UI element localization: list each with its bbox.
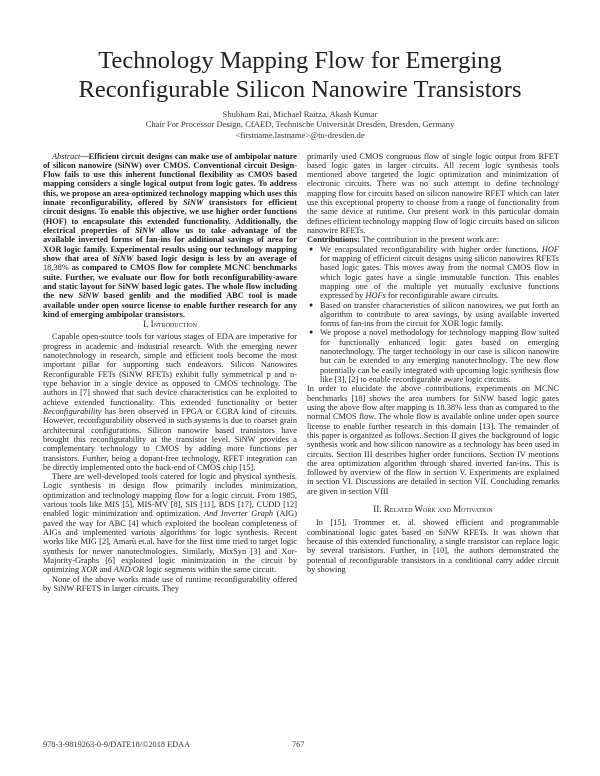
bullet-icon: ● — [309, 301, 313, 310]
right-column: primarily used CMOS congruous flow of si… — [307, 152, 559, 575]
page-number: 767 — [292, 740, 304, 749]
intro-paragraph-2: There are well-developed tools catered f… — [43, 472, 297, 574]
section-heading-related-work: II. Related Work and Motivation — [307, 505, 559, 514]
list-item: ●We encapsulated reconfigurability with … — [320, 245, 559, 301]
left-column: Abstract—Efficient circuit designs can m… — [43, 152, 297, 594]
author-block: Shubham Rai, Michael Raitza, Akash Kumar… — [0, 109, 600, 140]
intro-paragraph-continued: primarily used CMOS congruous flow of si… — [307, 152, 559, 236]
contributions-label: Contributions: — [307, 235, 360, 244]
intro-paragraph-3: None of the above works made use of runt… — [43, 575, 297, 594]
contributions-list: ●We encapsulated reconfigurability with … — [307, 245, 559, 385]
footer-isbn: 978-3-9819263-0-9/DATE18/©2018 EDAA — [43, 740, 190, 749]
organization-paragraph: In order to elucidate the above contribu… — [307, 384, 559, 496]
author-names: Shubham Rai, Michael Raitza, Akash Kumar — [0, 109, 600, 119]
list-item: ●Based on transfer characteristics of si… — [320, 301, 559, 329]
list-item: ●We propose a novel methodology for tech… — [320, 328, 559, 384]
abstract-label: Abstract — [52, 152, 80, 161]
related-work-paragraph-1: In [15], Trommer et. al. showed efficien… — [307, 518, 559, 574]
title-line-2: Reconfigurable Silicon Nanowire Transist… — [0, 75, 600, 104]
bullet-icon: ● — [309, 245, 313, 254]
percent-value: 18.38% — [43, 263, 69, 272]
section-heading-introduction: I. Introduction — [43, 320, 297, 329]
bullet-icon: ● — [309, 328, 313, 337]
email: <firstname.lastname>@tu-dresden.de — [0, 130, 600, 140]
affiliation: Chair For Processor Design, CfAED, Techn… — [0, 119, 600, 129]
title-line-1: Technology Mapping Flow for Emerging — [0, 46, 600, 75]
intro-paragraph-1: Capable open-source tools for various st… — [43, 332, 297, 472]
abstract: Abstract—Efficient circuit designs can m… — [43, 152, 297, 320]
paper-title: Technology Mapping Flow for Emerging Rec… — [0, 46, 600, 104]
contributions-intro: Contributions: The contribution in the p… — [307, 235, 559, 244]
